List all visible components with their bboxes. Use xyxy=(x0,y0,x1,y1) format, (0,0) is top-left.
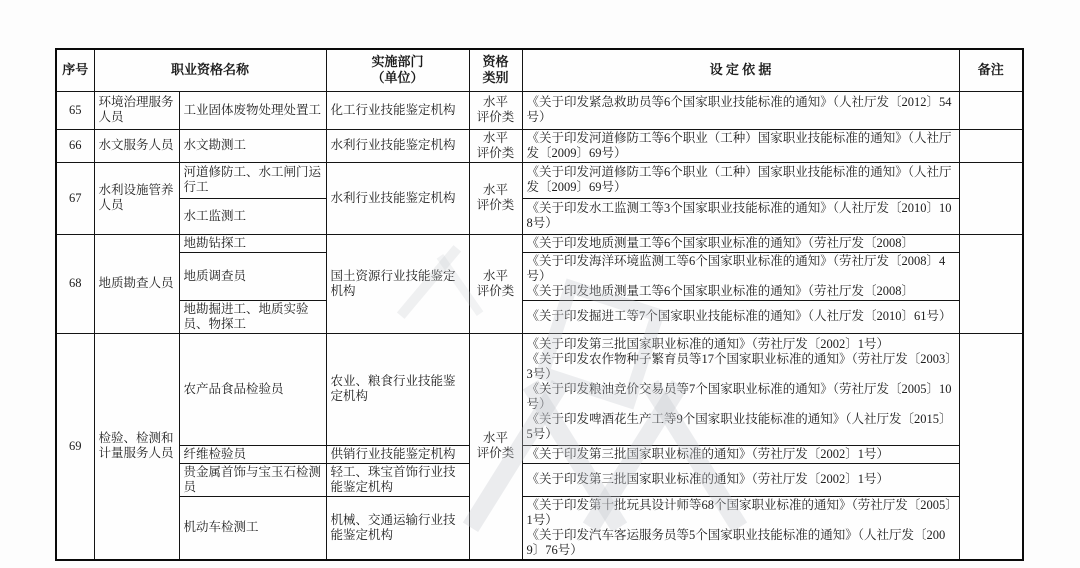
basis-cell: 《关于印发第十批玩具设计师等68个国家职业标准的通知》（劳社厅发〔2005〕1号… xyxy=(522,496,959,560)
header-setting-basis: 设 定 依 据 xyxy=(522,49,959,91)
table-row: 65 环境治理服务人员 工业固体废物处理处置工 化工行业技能鉴定机构 水平 评价… xyxy=(56,91,1023,129)
occupation-name-cell: 工业固体废物处理处置工 xyxy=(179,91,326,129)
category-cell: 检验、检测和计量服务人员 xyxy=(94,333,179,560)
basis-cell: 《关于印发第三批国家职业标准的通知》（劳社厅发〔2002〕1号） xyxy=(522,445,959,463)
occupation-name-cell: 水工监测工 xyxy=(179,198,326,234)
type-cell: 水平 评价类 xyxy=(469,234,522,333)
department-cell: 化工行业技能鉴定机构 xyxy=(326,91,469,129)
table-row: 66 水文服务人员 水文勘测工 水利行业技能鉴定机构 水平 评价类 《关于印发河… xyxy=(56,129,1023,162)
basis-cell: 《关于印发河道修防工等6个职业（工种）国家职业技能标准的通知》（人社厅发〔200… xyxy=(522,162,959,198)
type-cell: 水平 评价类 xyxy=(469,129,522,162)
basis-cell: 《关于印发河道修防工等6个职业（工种）国家职业技能标准的通知》（人社厅发〔200… xyxy=(522,129,959,162)
remarks-cell xyxy=(959,91,1023,129)
table-header-row: 序号 职业资格名称 实施部门 （单位） 资格 类别 设 定 依 据 备注 xyxy=(56,49,1023,91)
header-remarks: 备注 xyxy=(959,49,1023,91)
department-cell: 国土资源行业技能鉴定机构 xyxy=(326,234,469,333)
department-cell: 水利行业技能鉴定机构 xyxy=(326,129,469,162)
serial-number-cell: 69 xyxy=(56,333,94,560)
department-cell: 供销行业技能鉴定机构 xyxy=(326,445,469,463)
department-cell: 轻工、珠宝首饰行业技能鉴定机构 xyxy=(326,463,469,496)
header-qualification-type: 资格 类别 xyxy=(469,49,522,91)
basis-cell: 《关于印发掘进工等7个国家职业技能标准的通知》（人社厅发〔2010〕61号） xyxy=(522,300,959,333)
department-cell: 农业、粮食行业技能鉴定机构 xyxy=(326,333,469,445)
type-cell: 水平 评价类 xyxy=(469,91,522,129)
serial-number-cell: 68 xyxy=(56,234,94,333)
type-cell: 水平 评价类 xyxy=(469,162,522,234)
remarks-cell xyxy=(959,333,1023,560)
table-row: 纤维检验员 供销行业技能鉴定机构 《关于印发第三批国家职业标准的通知》（劳社厅发… xyxy=(56,445,1023,463)
occupation-name-cell: 地质调查员 xyxy=(179,252,326,300)
serial-number-cell: 65 xyxy=(56,91,94,129)
qualification-table: 序号 职业资格名称 实施部门 （单位） 资格 类别 设 定 依 据 备注 65 … xyxy=(55,48,1024,561)
header-serial-number: 序号 xyxy=(56,49,94,91)
header-implementing-department: 实施部门 （单位） xyxy=(326,49,469,91)
occupation-name-cell: 水文勘测工 xyxy=(179,129,326,162)
occupation-name-cell: 贵金属首饰与宝玉石检测员 xyxy=(179,463,326,496)
table-row: 机动车检测工 机械、交通运输行业技能鉴定机构 《关于印发第十批玩具设计师等68个… xyxy=(56,496,1023,560)
occupation-name-cell: 农产品食品检验员 xyxy=(179,333,326,445)
table-row: 地勘掘进工、地质实验员、物探工 《关于印发掘进工等7个国家职业技能标准的通知》（… xyxy=(56,300,1023,333)
scanned-page: 序号 职业资格名称 实施部门 （单位） 资格 类别 设 定 依 据 备注 65 … xyxy=(0,0,1080,568)
table-row: 地质调查员 《关于印发海洋环境监测工等6个国家职业标准的通知》（劳社厅发〔200… xyxy=(56,252,1023,300)
table-row: 贵金属首饰与宝玉石检测员 轻工、珠宝首饰行业技能鉴定机构 《关于印发第三批国家职… xyxy=(56,463,1023,496)
occupation-name-cell: 机动车检测工 xyxy=(179,496,326,560)
table-row: 水工监测工 《关于印发水工监测工等3个国家职业技能标准的通知》（人社厅发〔201… xyxy=(56,198,1023,234)
remarks-cell xyxy=(959,234,1023,333)
table-row: 68 地质勘查人员 地勘钻探工 国土资源行业技能鉴定机构 水平 评价类 《关于印… xyxy=(56,234,1023,252)
department-cell: 机械、交通运输行业技能鉴定机构 xyxy=(326,496,469,560)
serial-number-cell: 66 xyxy=(56,129,94,162)
type-cell: 水平 评价类 xyxy=(469,333,522,560)
basis-cell: 《关于印发第三批国家职业标准的通知》（劳社厅发〔2002〕1号） 《关于印发农作… xyxy=(522,333,959,445)
header-qualification-name: 职业资格名称 xyxy=(94,49,326,91)
category-cell: 环境治理服务人员 xyxy=(94,91,179,129)
basis-cell: 《关于印发地质测量工等6个国家职业标准的通知》（劳社厅发〔2008〕 xyxy=(522,234,959,252)
basis-cell: 《关于印发紧急救助员等6个国家职业技能标准的通知》（人社厅发〔2012〕54号） xyxy=(522,91,959,129)
occupation-name-cell: 地勘钻探工 xyxy=(179,234,326,252)
table-row: 69 检验、检测和计量服务人员 农产品食品检验员 农业、粮食行业技能鉴定机构 水… xyxy=(56,333,1023,445)
basis-cell: 《关于印发海洋环境监测工等6个国家职业标准的通知》（劳社厅发〔2008〕4号） … xyxy=(522,252,959,300)
table-row: 67 水利设施管养人员 河道修防工、水工闸门运行工 水利行业技能鉴定机构 水平 … xyxy=(56,162,1023,198)
remarks-cell xyxy=(959,129,1023,162)
department-cell: 水利行业技能鉴定机构 xyxy=(326,162,469,234)
occupation-name-cell: 地勘掘进工、地质实验员、物探工 xyxy=(179,300,326,333)
basis-cell: 《关于印发第三批国家职业标准的通知》（劳社厅发〔2002〕1号） xyxy=(522,463,959,496)
category-cell: 水利设施管养人员 xyxy=(94,162,179,234)
serial-number-cell: 67 xyxy=(56,162,94,234)
occupation-name-cell: 纤维检验员 xyxy=(179,445,326,463)
category-cell: 水文服务人员 xyxy=(94,129,179,162)
occupation-name-cell: 河道修防工、水工闸门运行工 xyxy=(179,162,326,198)
basis-cell: 《关于印发水工监测工等3个国家职业技能标准的通知》（人社厅发〔2010〕108号… xyxy=(522,198,959,234)
category-cell: 地质勘查人员 xyxy=(94,234,179,333)
remarks-cell xyxy=(959,162,1023,234)
